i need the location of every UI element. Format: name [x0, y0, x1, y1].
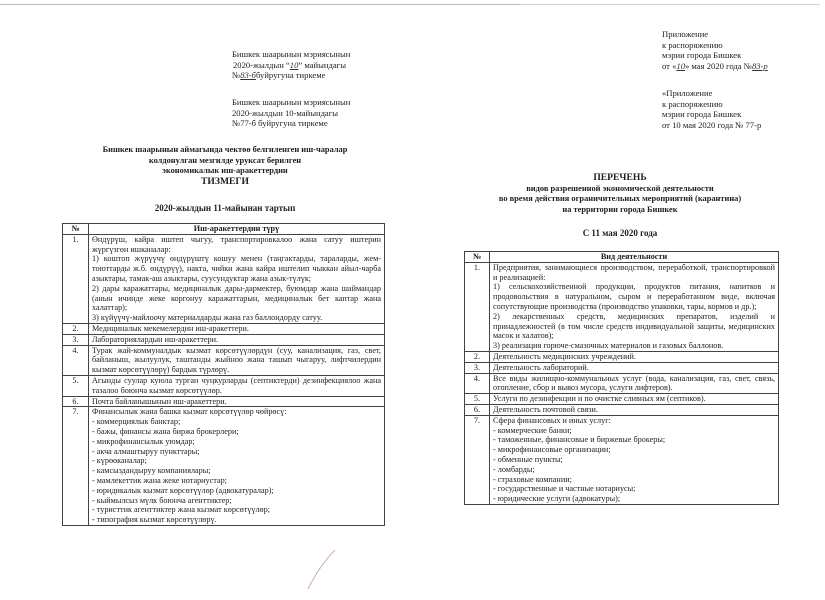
row-number: 3. — [63, 334, 89, 345]
stamp-line-date: от «10» мая 2020 года №83-р — [662, 61, 768, 72]
activity-line: - микрофинансовые организации; — [493, 445, 775, 455]
table-row: 2.Деятельность медицинских учреждений. — [465, 351, 779, 362]
row-number: 2. — [465, 351, 490, 362]
row-activity: Турак жай-коммуналдык кызмат көрсөтүүлөр… — [89, 345, 385, 375]
handwritten-day: 10 — [676, 61, 685, 71]
activity-line: - юридикалык кызмат көрсөтүүлөр (адвокат… — [92, 486, 381, 496]
row-activity: Почта байланышынын иш-аракеттери. — [89, 396, 385, 407]
activity-line: Өндүрүш, кайра иштеп чыгуу, транспортиро… — [92, 235, 381, 255]
effective-date: С 11 мая 2020 года — [450, 228, 790, 238]
column-header-number: № — [465, 252, 490, 263]
activity-line: Деятельность лабораторий. — [493, 363, 775, 373]
activity-line: Лабораториялардын иш-аракеттери. — [92, 335, 381, 345]
table-row: 6.Почта байланышынын иш-аракеттери. — [63, 396, 385, 407]
row-number: 5. — [63, 375, 89, 396]
title-heading: ПЕРЕЧЕНЬ — [450, 173, 790, 184]
activity-line: - таможенные, финансовые и биржевые брок… — [493, 435, 775, 445]
row-number: 1. — [465, 262, 490, 351]
table-header-row: № Иш-аракеттердин түрү — [63, 224, 385, 235]
page-kyrgyz: Бишкек шаарынын мэриясынын 2020-жылдын “… — [0, 0, 410, 600]
document-title: ПЕРЕЧЕНЬ видов разрешенной экономической… — [450, 173, 790, 215]
activities-table: № Иш-аракеттердин түрү 1.Өндүрүш, кайра … — [62, 223, 385, 526]
activity-line: - туристтик агенттиктер жана кызмат көрс… — [92, 505, 381, 515]
activity-line: - типография кызмат көрсөтүүлөрү. — [92, 515, 381, 525]
activity-line: - страховые компании; — [493, 475, 775, 485]
activity-line: - ломбарды; — [493, 465, 775, 475]
activity-line: Деятельность медицинских учреждений. — [493, 352, 775, 362]
attachment-stamp-new: Приложение к распоряжению мэрии города Б… — [662, 29, 768, 71]
row-number: 6. — [63, 396, 89, 407]
activity-line: 1) коштоп жүрүүчү өндүрүштү кошуу менен … — [92, 254, 381, 283]
activity-line: Турак жай-коммуналдык кызмат көрсөтүүлөр… — [92, 346, 381, 375]
row-number: 6. — [465, 404, 490, 415]
row-number: 5. — [465, 394, 490, 405]
table-header-row: № Вид деятельности — [465, 252, 779, 263]
row-activity: Деятельность медицинских учреждений. — [490, 351, 779, 362]
activity-line: Почта байланышынын иш-аракеттери. — [92, 397, 381, 407]
activity-line: - юридические услуги (адвокатуры); — [493, 494, 775, 504]
title-heading: ТИЗМЕГИ — [40, 177, 410, 188]
activity-line: - коммерциялык банктар; — [92, 417, 381, 427]
page-russian: Приложение к распоряжению мэрии города Б… — [410, 0, 825, 600]
effective-date: 2020-жылдын 11-майынан тартып — [40, 203, 410, 213]
activity-line: 2) лекарственных средств, медицинских пр… — [493, 312, 775, 341]
activity-line: Сфера финансовых и иных услуг: — [493, 416, 775, 426]
activity-line: - акча алмаштыруу пункттары; — [92, 447, 381, 457]
activity-line: - кыймылсыз мүлк боюнча агенттиктер; — [92, 496, 381, 506]
activity-line: - мамлекеттик жана жеке нотариустар; — [92, 476, 381, 486]
signature-stroke — [300, 545, 340, 595]
row-activity: Медициналык мекемелердин иш-аракеттери. — [89, 323, 385, 334]
activity-line: - күрөөканалар; — [92, 456, 381, 466]
activity-line: Агынды суулар куюла турган чуңкурларды (… — [92, 376, 381, 396]
handwritten-number: 83-р — [752, 61, 768, 71]
activity-line: Услуги по дезинфекции и по очистке сливн… — [493, 394, 775, 404]
attachment-stamp-old: Бишкек шаарынын мэриясынын 2020-жылдын 1… — [232, 97, 350, 129]
activities-table: № Вид деятельности 1.Предприятия, занима… — [464, 251, 779, 505]
activity-line: Деятельность почтовой связи. — [493, 405, 775, 415]
table-row: 3.Деятельность лабораторий. — [465, 362, 779, 373]
document-title: Бишкек шаарынын аймагында чектөө белгиле… — [40, 145, 410, 187]
activity-line: 3) күйүүчү-майлоочу материалдарды жана г… — [92, 313, 381, 323]
activity-line: Финансылык жана башка кызмат көрсөтүүлөр… — [92, 407, 381, 417]
row-activity: Финансылык жана башка кызмат көрсөтүүлөр… — [89, 407, 385, 526]
table-row: 7.Финансылык жана башка кызмат көрсөтүүл… — [63, 407, 385, 526]
table-row: 2.Медициналык мекемелердин иш-аракеттери… — [63, 323, 385, 334]
row-number: 2. — [63, 323, 89, 334]
table-row: 4.Турак жай-коммуналдык кызмат көрсөтүүл… — [63, 345, 385, 375]
handwritten-number: 83-б — [240, 70, 256, 80]
table-row: 1.Өндүрүш, кайра иштеп чыгуу, транспорти… — [63, 234, 385, 323]
activity-line: 3) реализация горюче-смазочных материало… — [493, 341, 775, 351]
row-activity: Все виды жилищно-коммунальных услуг (вод… — [490, 373, 779, 394]
activity-line: - обменные пункты; — [493, 455, 775, 465]
activity-line: 2) дары каражаттары, медициналык дары-да… — [92, 284, 381, 313]
stamp-line-date: 2020-жылдын “10” майындагы — [232, 60, 350, 71]
table-row: 4.Все виды жилищно-коммунальных услуг (в… — [465, 373, 779, 394]
row-activity: Деятельность лабораторий. — [490, 362, 779, 373]
table-row: 3.Лабораториялардын иш-аракеттери. — [63, 334, 385, 345]
table-row: 7.Сфера финансовых и иных услуг:- коммер… — [465, 415, 779, 504]
column-header-number: № — [63, 224, 89, 235]
attachment-stamp-old: «Приложение к распоряжению мэрии города … — [662, 88, 761, 130]
row-activity: Сфера финансовых и иных услуг:- коммерче… — [490, 415, 779, 504]
row-number: 4. — [63, 345, 89, 375]
activity-line: Медициналык мекемелердин иш-аракеттери. — [92, 324, 381, 334]
table-row: 5.Услуги по дезинфекции и по очистке сли… — [465, 394, 779, 405]
row-activity: Услуги по дезинфекции и по очистке сливн… — [490, 394, 779, 405]
activity-line: - государственные и частные нотариусы; — [493, 484, 775, 494]
stamp-line-number: №83-ббуйругуна тиркеме — [232, 70, 350, 81]
row-activity: Өндүрүш, кайра иштеп чыгуу, транспортиро… — [89, 234, 385, 323]
row-number: 7. — [63, 407, 89, 526]
row-number: 4. — [465, 373, 490, 394]
row-number: 3. — [465, 362, 490, 373]
row-activity: Предприятия, занимающиеся производством,… — [490, 262, 779, 351]
activity-line: - бажы, финансы жана биржа брокерлери; — [92, 427, 381, 437]
activity-line: - коммерческие банки; — [493, 426, 775, 436]
activity-line: - камсыздандыруу компаниялары; — [92, 466, 381, 476]
row-activity: Лабораториялардын иш-аракеттери. — [89, 334, 385, 345]
activity-line: - микрофинансылык уюмдар; — [92, 437, 381, 447]
activity-line: Все виды жилищно-коммунальных услуг (вод… — [493, 374, 775, 394]
row-activity: Агынды суулар куюла турган чуңкурларды (… — [89, 375, 385, 396]
activity-line: 1) сельскохозяйственной продукции, проду… — [493, 282, 775, 311]
attachment-stamp-new: Бишкек шаарынын мэриясынын 2020-жылдын “… — [232, 49, 350, 81]
table-row: 5.Агынды суулар куюла турган чуңкурларды… — [63, 375, 385, 396]
row-number: 1. — [63, 234, 89, 323]
stamp-line: Бишкек шаарынын мэриясынын — [232, 49, 350, 60]
column-header-activity: Вид деятельности — [490, 252, 779, 263]
table-row: 1.Предприятия, занимающиеся производство… — [465, 262, 779, 351]
table-row: 6.Деятельность почтовой связи. — [465, 404, 779, 415]
row-activity: Деятельность почтовой связи. — [490, 404, 779, 415]
column-header-activity: Иш-аракеттердин түрү — [89, 224, 385, 235]
activity-line: Предприятия, занимающиеся производством,… — [493, 263, 775, 283]
row-number: 7. — [465, 415, 490, 504]
